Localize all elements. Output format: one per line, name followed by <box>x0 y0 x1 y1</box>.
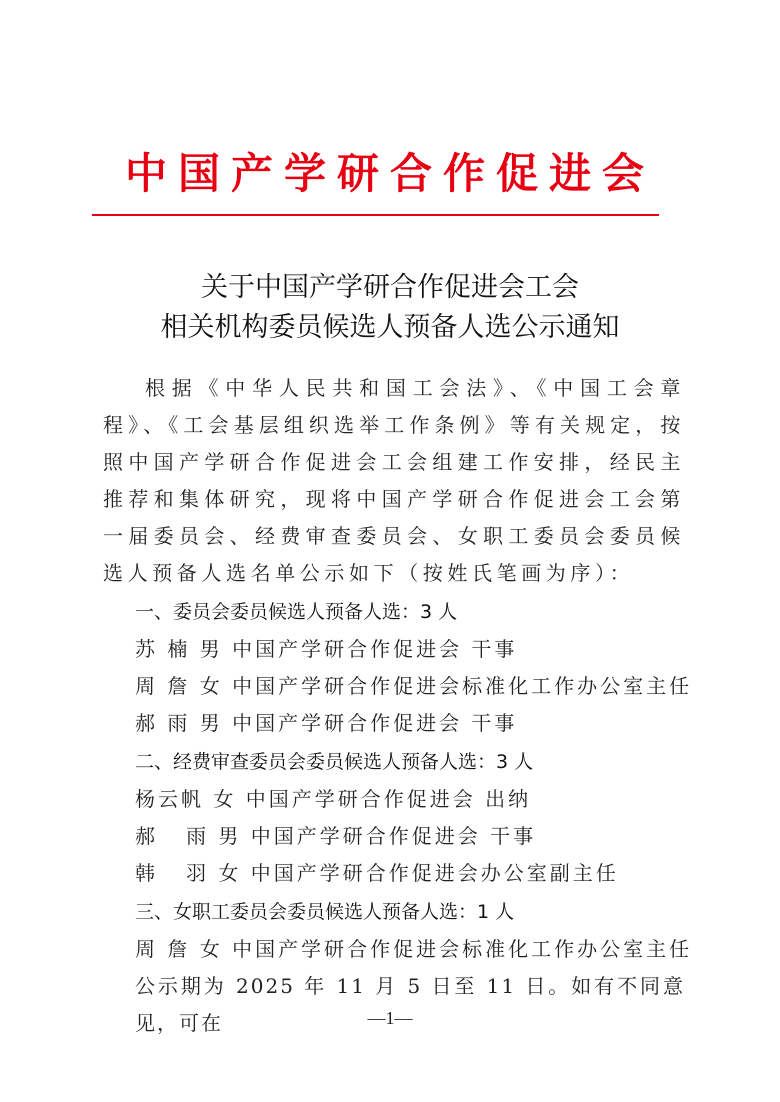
document-body: 根据《中华人民共和国工会法》、《中国工会章程》、《工会基层组织选举工作条例》等有… <box>103 370 685 1042</box>
candidate-row: 郝 雨 男 中国产学研合作促进会 干事 <box>103 705 685 742</box>
document-title: 关于中国产学研合作促进会工会 相关机构委员候选人预备人选公示通知 <box>0 268 780 348</box>
document-page: 中国产学研合作促进会 关于中国产学研合作促进会工会 相关机构委员候选人预备人选公… <box>0 0 780 1102</box>
document-title-line-2: 相关机构委员候选人预备人选公示通知 <box>0 308 780 348</box>
document-title-line-1: 关于中国产学研合作促进会工会 <box>0 268 780 308</box>
candidate-row: 杨云帆 女 中国产学研合作促进会 出纳 <box>103 781 685 818</box>
intro-paragraph: 根据《中华人民共和国工会法》、《中国工会章程》、《工会基层组织选举工作条例》等有… <box>103 370 685 592</box>
section-heading-committee: 一、委员会委员候选人预备人选：3 人 <box>103 594 685 631</box>
closing-paragraph: 公示期为 2025 年 11 月 5 日至 11 日。如有不同意见，可在 <box>103 968 685 1042</box>
candidate-row: 周 詹 女 中国产学研合作促进会标准化工作办公室主任 <box>103 668 685 705</box>
candidate-row: 周 詹 女 中国产学研合作促进会标准化工作办公室主任 <box>103 931 685 968</box>
page-number: —1— <box>0 1008 780 1029</box>
organization-letterhead: 中国产学研合作促进会 <box>0 148 780 200</box>
candidate-row: 郝 雨 男 中国产学研合作促进会 干事 <box>103 818 685 855</box>
section-heading-women-committee: 三、女职工委员会委员候选人预备人选：1 人 <box>103 894 685 931</box>
red-divider-line <box>92 214 659 216</box>
candidate-row: 苏 楠 男 中国产学研合作促进会 干事 <box>103 631 685 668</box>
candidate-row: 韩 羽 女 中国产学研合作促进会办公室副主任 <box>103 855 685 892</box>
section-heading-audit-committee: 二、经费审查委员会委员候选人预备人选：3 人 <box>103 744 685 781</box>
